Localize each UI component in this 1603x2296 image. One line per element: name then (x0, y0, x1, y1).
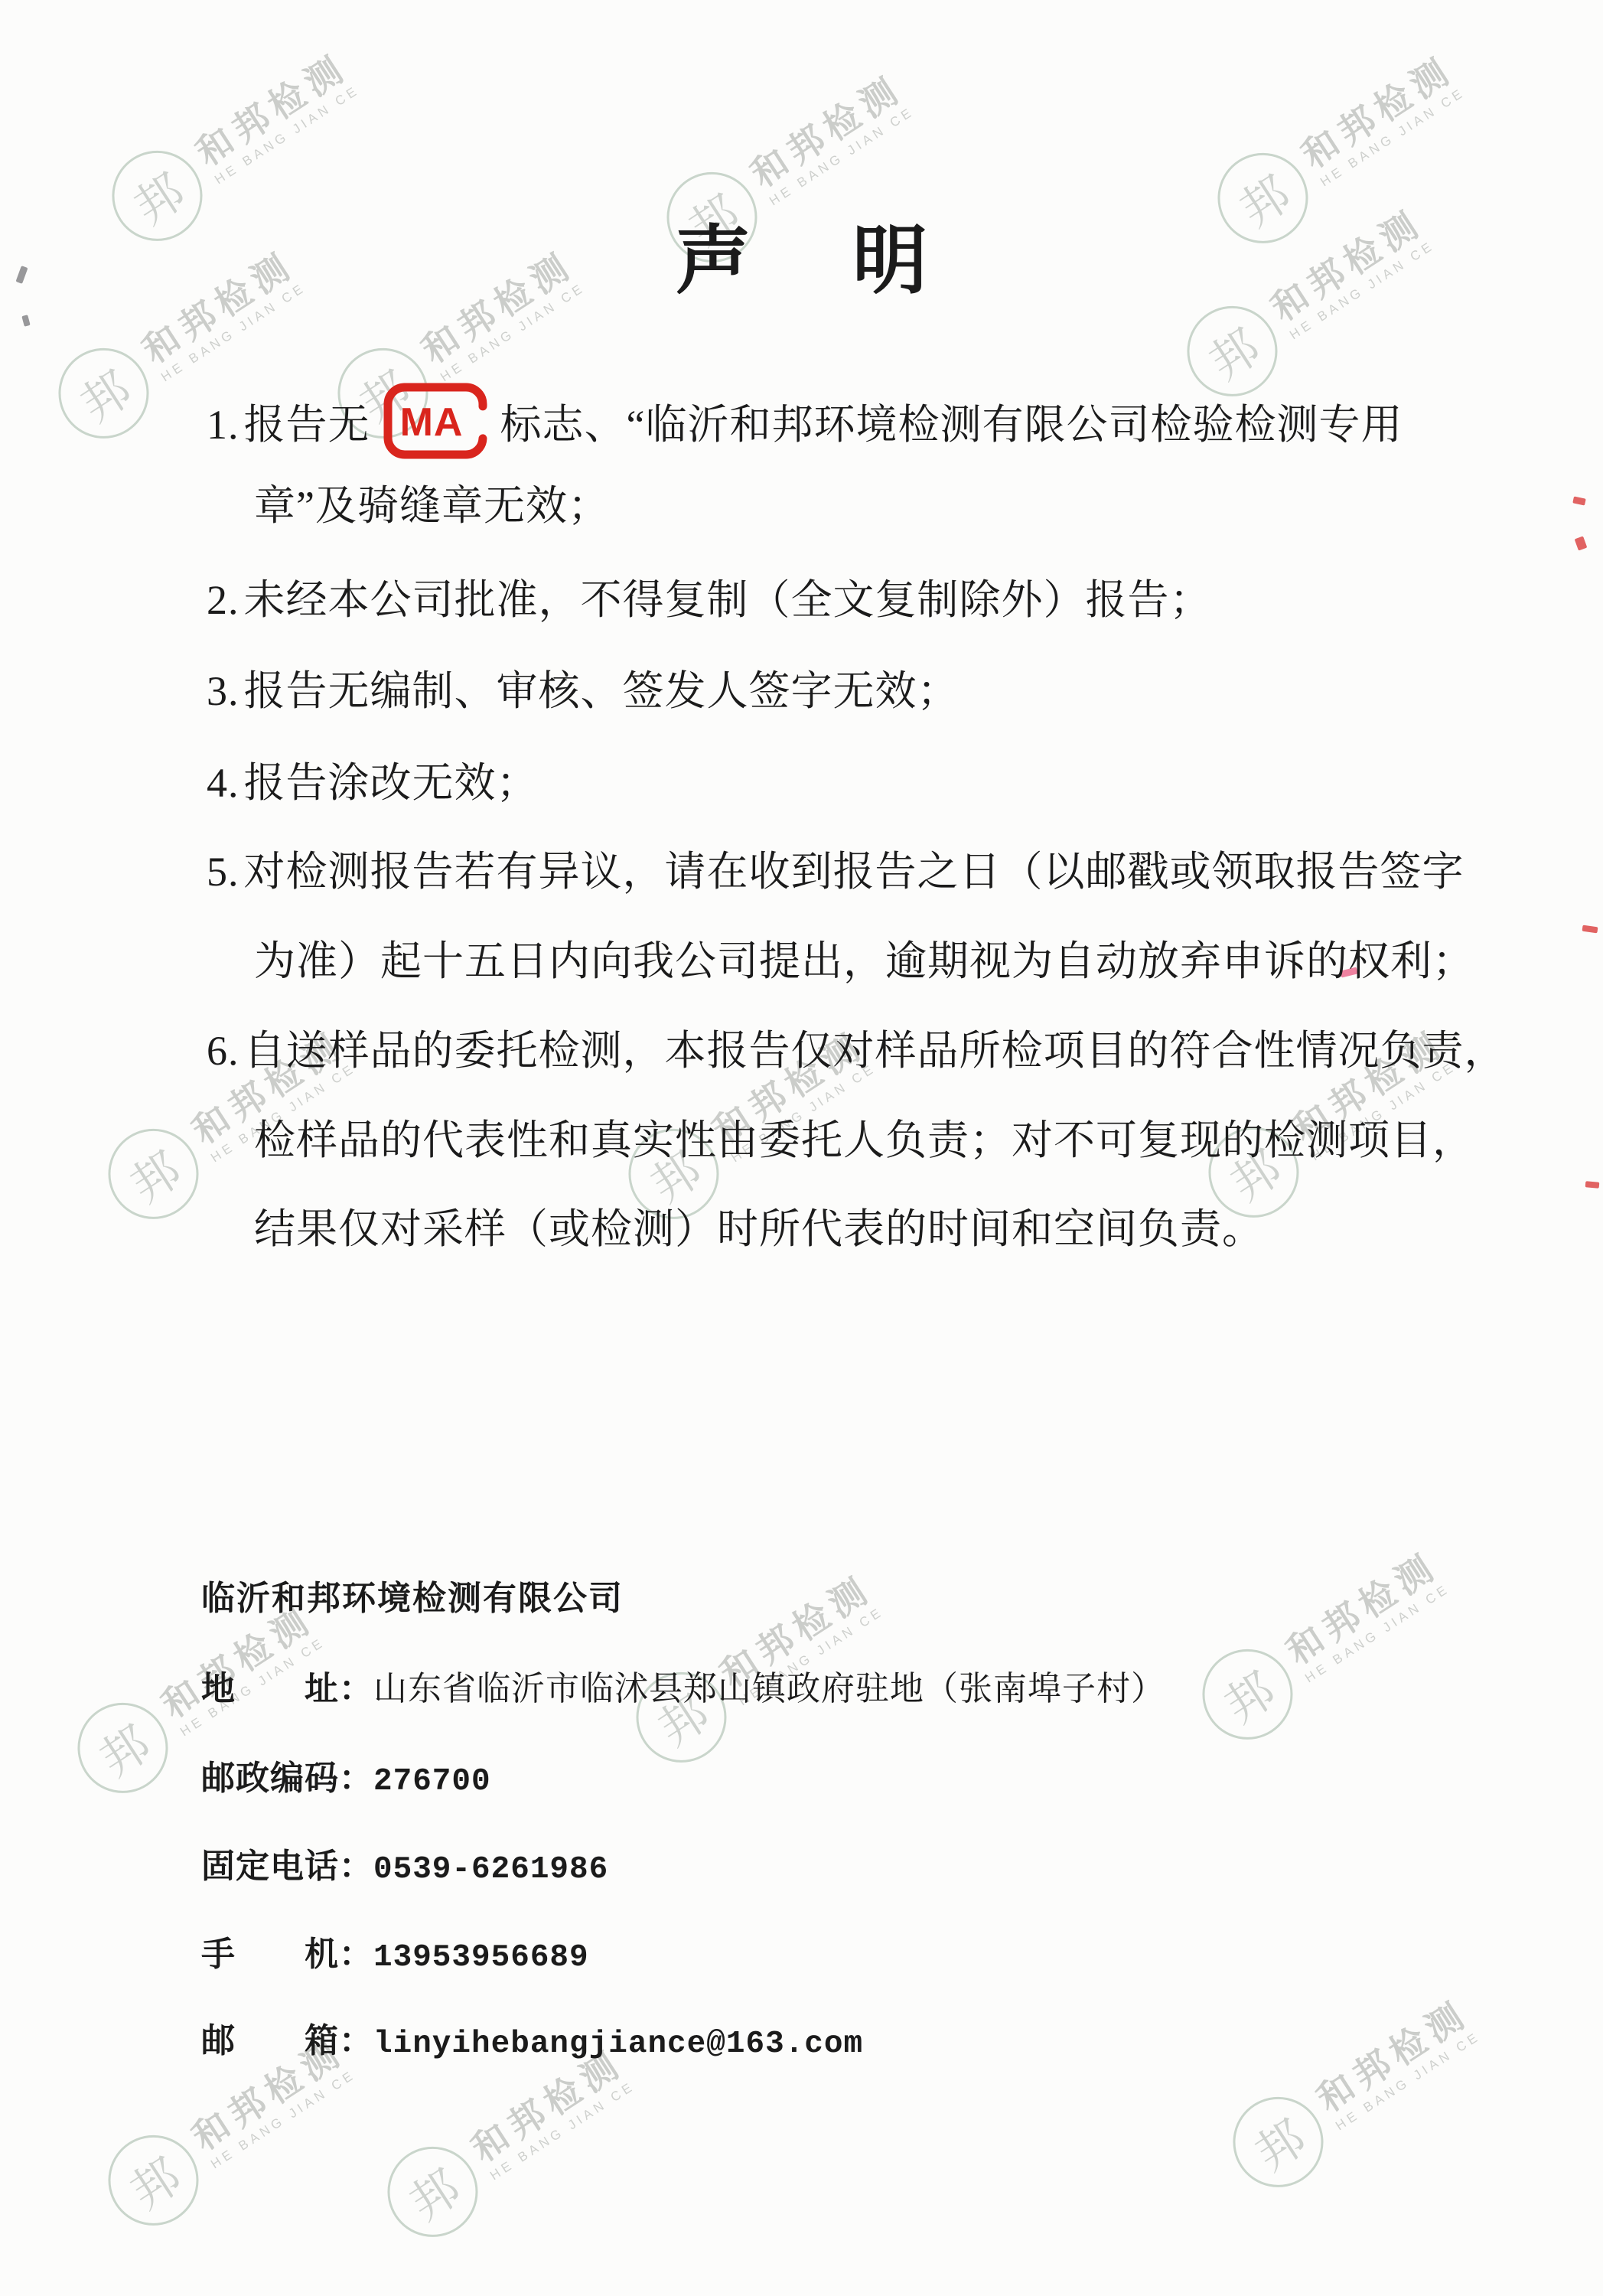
watermark-cn-text: 和邦检测 (1281, 1548, 1445, 1672)
statement-item-3: 3.报告无编制、审核、签发人签字无效； (207, 658, 960, 717)
hebang-monogram: 邦 (394, 2151, 471, 2233)
item-number: 2. (207, 577, 239, 623)
watermark-en-text: HE BANG JIAN CE (213, 82, 364, 187)
hebang-monogram: 邦 (1209, 1653, 1285, 1736)
statement-text: 自送样品的委托检测，本报告仅对样品所检项目的符合性情况负责， (244, 1028, 1507, 1074)
statement-item-5-line-1: 5.对检测报告若有异议，请在收到报告之日（以邮戳或领取报告签字 (207, 839, 1465, 898)
statement-item-4: 4.报告涂改无效； (207, 750, 539, 809)
hebang-logo-icon: 邦 (370, 2129, 495, 2254)
hebang-monogram: 邦 (115, 2139, 191, 2222)
hebang-logo-icon: 邦 (1216, 2079, 1341, 2204)
watermark-cn-text: 和邦检测 (466, 2045, 630, 2170)
hebang-monogram: 邦 (115, 1133, 191, 1215)
page-title: 声 明 (0, 201, 1603, 308)
scan-artifact (1572, 496, 1586, 505)
item-number: 3. (207, 668, 239, 714)
watermark: 邦 和邦检测HE BANG JIAN CE (1185, 1532, 1465, 1757)
hebang-monogram: 邦 (65, 352, 142, 435)
hebang-logo-icon: 邦 (91, 1111, 216, 1236)
address-row: 地 址：山东省临沂市临沭县郑山镇政府驻地（张南埠子村） (201, 1661, 1165, 1710)
watermark-en-text: HE BANG JIAN CE (209, 2066, 360, 2171)
item-number: 5. (207, 849, 239, 895)
address-value: 山东省临沂市临沭县郑山镇政府驻地（张南埠子村） (373, 1670, 1165, 1707)
statement-text: 对检测报告若有异议，请在收到报告之日（以邮戳或领取报告签字 (244, 849, 1465, 895)
watermark-en-text: HE BANG JIAN CE (1318, 84, 1470, 189)
email-label: 邮 箱： (201, 2022, 373, 2060)
cma-label: MA (399, 400, 463, 445)
statement-text: 报告无编制、审核、签发人签字无效； (244, 668, 960, 714)
item-number: 1.报告无 (207, 392, 370, 451)
watermark-cn-text: 和邦检测 (1311, 1995, 1476, 2120)
document-page: 邦 和邦检测HE BANG JIAN CE 邦 和邦检测HE BANG JIAN… (0, 0, 1603, 2296)
mobile-label: 手 机： (201, 1936, 373, 1973)
hebang-monogram: 邦 (84, 1707, 161, 1789)
cma-mark: MA (381, 381, 490, 461)
phone-row: 固定电话：0539-6261986 (201, 1838, 608, 1887)
statement-item-6-line-1: 6.自送样品的委托检测，本报告仅对样品所检项目的符合性情况负责， (207, 1018, 1507, 1077)
hebang-logo-icon: 邦 (60, 1685, 185, 1810)
statement-text: 标志、“临沂和邦环境检测有限公司检验检测专用 (500, 392, 1403, 451)
statement-item-2: 2.未经本公司批准，不得复制（全文复制除外）报告； (207, 567, 1212, 626)
hebang-monogram: 邦 (1240, 2101, 1316, 2183)
scan-artifact (1575, 536, 1588, 550)
statement-item-6-line-2: 检样品的代表性和真实性由委托人负责；对不可复现的检测项目， (254, 1107, 1474, 1166)
watermark-en-text: HE BANG JIAN CE (1303, 1580, 1455, 1685)
scan-artifact (1585, 1181, 1600, 1189)
scan-artifact (1582, 925, 1598, 934)
item-number: 4. (207, 760, 239, 806)
hebang-logo-icon: 邦 (41, 331, 166, 455)
postal-label: 邮政编码： (201, 1760, 373, 1797)
scan-artifact (21, 315, 30, 327)
mobile-row: 手 机：13953956689 (201, 1926, 589, 1975)
watermark: 邦 和邦检测HE BANG JIAN CE (370, 2030, 650, 2255)
phone-value: 0539-6261986 (373, 1852, 608, 1887)
email-value: linyihebangjiance@163.com (373, 2027, 863, 2062)
watermark-en-text: HE BANG JIAN CE (488, 2078, 640, 2183)
hebang-logo-icon: 邦 (91, 2118, 216, 2242)
phone-label: 固定电话： (201, 1848, 373, 1885)
watermark-en-text: HE BANG JIAN CE (767, 103, 919, 208)
watermark-en-text: HE BANG JIAN CE (1334, 2028, 1485, 2133)
address-label: 地 址： (201, 1670, 373, 1707)
statement-item-6-line-3: 结果仅对采样（或检测）时所代表的时间和空间负责。 (254, 1196, 1264, 1255)
statement-item-1-line-2: 章”及骑缝章无效； (254, 473, 610, 532)
watermark-cn-text: 和邦检测 (1296, 51, 1461, 176)
statement-item-5-line-2: 为准）起十五日内向我公司提出，逾期视为自动放弃申诉的权利； (254, 928, 1474, 987)
company-name: 临沂和邦环境检测有限公司 (201, 1570, 624, 1619)
statement-item-1-line-1: 1.报告无 MA 标志、“临沂和邦环境检测有限公司检验检测专用 (207, 378, 1403, 464)
postal-row: 邮政编码：276700 (201, 1750, 491, 1799)
mobile-value: 13953956689 (373, 1940, 589, 1975)
watermark-cn-text: 和邦检测 (745, 70, 910, 195)
watermark: 邦 和邦检测HE BANG JIAN CE (1216, 1980, 1495, 2205)
hebang-logo-icon: 邦 (1185, 1632, 1310, 1756)
item-number: 6. (207, 1028, 239, 1074)
statement-text: 未经本公司批准，不得复制（全文复制除外）报告； (244, 577, 1212, 623)
statement-text: 报告涂改无效； (244, 760, 539, 806)
postal-value: 276700 (373, 1764, 491, 1799)
email-row: 邮 箱：linyihebangjiance@163.com (201, 2013, 863, 2062)
watermark-cn-text: 和邦检测 (191, 49, 355, 174)
